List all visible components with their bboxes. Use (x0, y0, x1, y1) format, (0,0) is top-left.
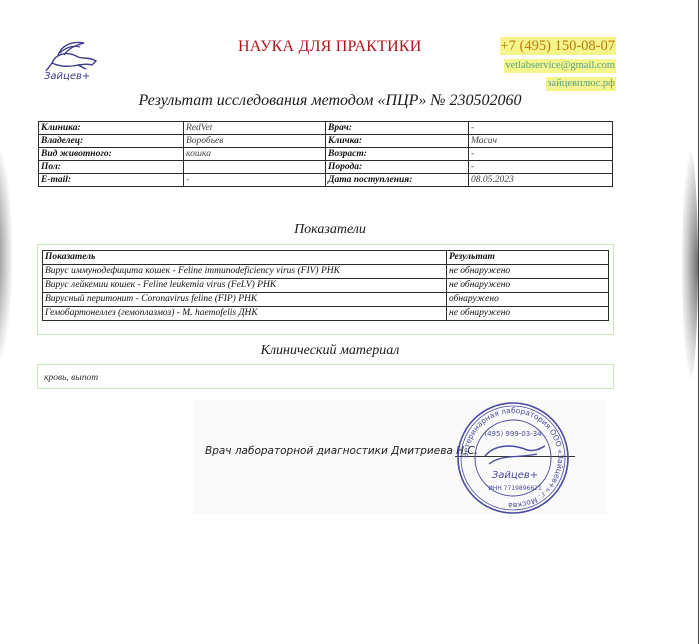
label-species: Вид животного: (39, 148, 184, 161)
header-indicator: Показатель (43, 251, 447, 265)
value-pet-name: Масич (469, 135, 613, 148)
svg-text:Ветеринарная лаборатория ООО «: Ветеринарная лаборатория ООО «Зайцев+» г… (461, 406, 565, 510)
label-received-date: Дата поступления: (326, 174, 469, 187)
value-clinic: RedVet (184, 122, 326, 135)
result-cell: не обнаружено (447, 307, 609, 321)
value-sex (184, 161, 326, 174)
header-result: Результат (447, 251, 609, 265)
value-species: кошка (184, 148, 326, 161)
label-clinic: Клиника: (39, 122, 184, 135)
value-doctor: - (469, 122, 613, 135)
indicator-cell: Вирусный перитонит - Coronavirus feline … (43, 293, 447, 307)
doctor-signature-text: Врач лабораторной диагностики Дмитриева … (205, 445, 478, 457)
indicators-heading: Показатели (0, 222, 660, 238)
results-table: Показатель Результат Вирус иммунодефицит… (42, 250, 609, 321)
clinical-material-box (37, 364, 614, 389)
table-row: Вирус лейкемии кошек - Feline leukemia v… (43, 279, 609, 293)
table-row: Вирус иммунодефицита кошек - Feline immu… (43, 265, 609, 279)
hare-logo-icon: Зайцев+ (38, 35, 102, 85)
label-pet-name: Кличка: (326, 135, 469, 148)
page-curl-shadow-left (0, 140, 12, 370)
header-title: НАУКА ДЛЯ ПРАКТИКИ (238, 38, 421, 56)
phone-link[interactable]: +7 (495) 150-08-07 (500, 37, 617, 55)
svg-text:(495) 999-03-34: (495) 999-03-34 (484, 430, 542, 438)
label-doctor: Врач: (326, 122, 469, 135)
label-age: Возраст: (326, 148, 469, 161)
table-row: Пол: Порода: - (39, 161, 613, 174)
document-title: Результат исследования методом «ПЦР» № 2… (0, 92, 660, 110)
result-cell: не обнаружено (447, 265, 609, 279)
svg-text:ИНН 7719896621: ИНН 7719896621 (488, 485, 542, 492)
label-breed: Порода: (326, 161, 469, 174)
table-row: E-mail: - Дата поступления: 08.05.2023 (39, 174, 613, 187)
table-header-row: Показатель Результат (43, 251, 609, 265)
clinical-material-value: кровь, выпот (44, 373, 98, 383)
indicator-cell: Гемобартонеллез (гемоплазмоз) - M. haemo… (43, 307, 447, 321)
lab-stamp-icon: Ветеринарная лаборатория ООО «Зайцев+» г… (455, 400, 571, 516)
label-owner: Владелец: (39, 135, 184, 148)
contacts-block: +7 (495) 150-08-07 vetlabservice@gmail.c… (500, 37, 617, 91)
value-age: - (469, 148, 613, 161)
table-row: Вид животного: кошка Возраст: - (39, 148, 613, 161)
label-email: E-mail: (39, 174, 184, 187)
svg-text:Зайцев+: Зайцев+ (44, 71, 90, 82)
indicator-cell: Вирус иммунодефицита кошек - Feline immu… (43, 265, 447, 279)
value-email: - (184, 174, 326, 187)
page-edge (698, 0, 699, 644)
value-owner: Воробьев (184, 135, 326, 148)
value-breed: - (469, 161, 613, 174)
patient-info-table: Клиника: RedVet Врач: - Владелец: Воробь… (38, 121, 613, 187)
website-link[interactable]: зайцевплюс.рф (546, 77, 616, 91)
svg-text:Зайцев+: Зайцев+ (492, 470, 538, 481)
clinical-material-heading: Клинический материал (0, 343, 660, 359)
table-row: Владелец: Воробьев Кличка: Масич (39, 135, 613, 148)
email-link[interactable]: vetlabservice@gmail.com (504, 59, 616, 73)
value-received-date: 08.05.2023 (469, 174, 613, 187)
label-sex: Пол: (39, 161, 184, 174)
table-row: Вирусный перитонит - Coronavirus feline … (43, 293, 609, 307)
page-curl-shadow-right (682, 150, 698, 380)
result-cell: не обнаружено (447, 279, 609, 293)
table-row: Клиника: RedVet Врач: - (39, 122, 613, 135)
indicator-cell: Вирус лейкемии кошек - Feline leukemia v… (43, 279, 447, 293)
result-cell: обнаружено (447, 293, 609, 307)
table-row: Гемобартонеллез (гемоплазмоз) - M. haemo… (43, 307, 609, 321)
